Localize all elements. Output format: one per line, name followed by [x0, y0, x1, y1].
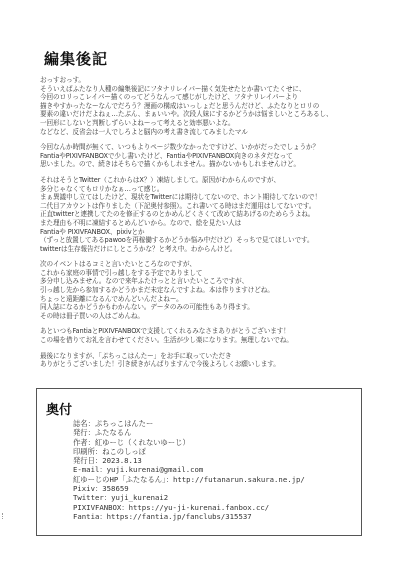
text-line: それはそうとTwitter（これからはX？）凍結しまして。原因がわからんのですが… [40, 176, 385, 185]
row-value: 2023.8.13 [102, 456, 142, 465]
fantia-link[interactable]: https://fantia.jp/fanclubs/315537 [107, 512, 252, 521]
row-value: ねこのしっぽ [102, 447, 146, 456]
text-line: 同人誌になるかどうかもわかんない。データのみの可能性もあり得ます。 [40, 303, 385, 312]
row-key: Pixiv [73, 484, 95, 493]
text-line: おっすおっす。 [40, 76, 385, 85]
text-line: まぁ異議申し立てはしたけど、現状をTwitterには期待してないので、ホント期待… [40, 193, 385, 202]
row-value: ぷちっこはんたー [95, 419, 153, 428]
text-line: その時は冊子買いの人はごめんね。 [40, 312, 385, 321]
afterword-paragraph: あといつもFantiaとPIXIVFANBOXで支援してくれるみなさまありがとう… [40, 327, 385, 344]
text-line: この場を借りてお礼を言わせてください。生活が少し楽になります。無理しないでね。 [40, 336, 385, 345]
homepage-link[interactable]: http://futanarun.sakura.ne.jp/ [173, 475, 305, 484]
row-separator: ： [88, 428, 95, 437]
colophon-row-title: 誌名：ぷちっこはんたー [73, 419, 305, 428]
colophon-box: 奥付 誌名：ぷちっこはんたー 発行：ふたなるん 作者：紅ゆーじ（くれないゆーじ）… [36, 388, 362, 536]
row-key: Twitter [73, 493, 104, 502]
text-line: ちょっと遠距離になるんでめんどいんだよねー。 [40, 295, 385, 304]
text-line: （ずっと放置してあるpawooを再稼働するかどうか悩み中だけど）そっちで見てほし… [40, 236, 385, 245]
text-line: また理由も不明に凍結するとめんどいから。なので、絵を見たい人は [40, 219, 385, 228]
row-value: ふたなるん [95, 428, 131, 437]
colophon-row-date: 発行日：2023.8.13 [73, 456, 305, 465]
row-value: 358659 [102, 484, 128, 493]
text-line: などなど、反省会は一人でしろよと脳内の考え書き流してみましたマル [40, 128, 385, 137]
text-line: 多分申し込みません。なので来年ふたけっとと言いたいところですが、 [40, 277, 385, 286]
row-key: PIXIVFANBOX [73, 503, 121, 512]
colophon-row-publisher: 発行：ふたなるん [73, 428, 305, 437]
colophon-row-printer: 印刷所：ねこのしっぽ [73, 447, 305, 456]
text-line: 今回のロリっこレイパー描くのってどうなんって感じがしたけど、フタナリレイパーより [40, 93, 385, 102]
text-line: 思いました。ので、続きはそちらで描くかもしれません。描かないかもしれませんけど。 [40, 160, 385, 169]
row-separator: ： [166, 475, 173, 484]
colophon-row-pixiv: Pixiv：358659 [73, 484, 305, 493]
text-line: 多分じゃなくてもロリかなぁ…って感じ。 [40, 185, 385, 194]
row-key: 紅ゆーじのHP「ふたなるん」 [73, 475, 166, 484]
text-line: あといつもFantiaとPIXIVFANBOXで支援してくれるみなさまありがとう… [40, 327, 385, 336]
row-separator: ： [88, 419, 95, 428]
text-line: 今回なんか時間が無くて、いつもよりページ数少なかったですけど、いかがだったでしょ… [40, 143, 385, 152]
colophon-row-author: 作者：紅ゆーじ（くれないゆーじ） [73, 438, 305, 447]
gutter-mark [2, 513, 6, 519]
row-key: 発行 [73, 428, 88, 437]
row-value: yuji_kurenai2 [111, 493, 168, 502]
row-key: 発行日 [73, 456, 95, 465]
text-line: 引っ越し先から参加するかどうかまだ未定なんですよね。本は作りますけどね。 [40, 286, 385, 295]
row-separator: ： [121, 503, 128, 512]
afterword-paragraph: それはそうとTwitter（これからはX？）凍結しまして。原因がわからんのですが… [40, 176, 385, 253]
afterword-paragraph: 最後になりますが、「ぷちっこはんたー」をお手に取っていただき ありがとうございま… [40, 352, 385, 369]
row-value: 紅ゆーじ（くれないゆーじ） [95, 438, 190, 447]
afterword-body: おっすおっす。 そういえばふたなり人種の編集後記にフタナリレイパー描く気先せたと… [40, 76, 385, 376]
afterword-paragraph: 次のイベントはるコミと言いたいところなのですが、 これから家庭の事情で引っ越しを… [40, 260, 385, 320]
colophon-row-twitter: Twitter：yuji_kurenai2 [73, 493, 305, 502]
row-key: Fantia [73, 512, 99, 521]
row-separator: ： [99, 512, 106, 521]
colophon-row-fanbox: PIXIVFANBOX：https://yu-ji-kurenai.fanbox… [73, 503, 305, 512]
text-line: 正直twitterと連携してたのを修正するのとかめんどくさくて改めて結あげるのた… [40, 210, 385, 219]
text-line: 要素の違いだけだよねぇ…たぶん、まぁいいや。次段人妹にするかどうかは悩ましいとこ… [40, 110, 385, 119]
colophon-title: 奥付 [46, 399, 72, 418]
text-line: 最後になりますが、「ぷちっこはんたー」をお手に取っていただき [40, 352, 385, 361]
colophon-row-email: E-mail：yuji.kurenai@gmail.com [73, 465, 305, 474]
text-line: 次のイベントはるコミと言いたいところなのですが、 [40, 260, 385, 269]
text-line: ありがとうございました！引き続きがんばりますんで今後よろしくお願いします。 [40, 360, 385, 369]
afterword-paragraph: 今回なんか時間が無くて、いつもよりページ数少なかったですけど、いかがだったでしょ… [40, 143, 385, 169]
fanbox-link[interactable]: https://yu-ji-kurenai.fanbox.cc/ [129, 503, 270, 512]
afterword-paragraph: おっすおっす。 そういえばふたなり人種の編集後記にフタナリレイパー描く気先せたと… [40, 76, 385, 136]
row-separator: ： [99, 465, 106, 474]
colophon-list: 誌名：ぷちっこはんたー 発行：ふたなるん 作者：紅ゆーじ（くれないゆーじ） 印刷… [73, 419, 305, 521]
text-line: 一回形にしないと判断しずらいよねーって考えると効率悪いよな。 [40, 119, 385, 128]
text-line: Fantiaや PIXIVFANBOX、pixivとか [40, 228, 385, 237]
afterword-title: 編集後記 [44, 48, 108, 69]
row-value[interactable]: yuji.kurenai@gmail.com [107, 465, 204, 474]
text-line: そういえばふたなり人種の編集後記にフタナリレイパー描く気先せたとか書いてたくせに… [40, 85, 385, 94]
row-key: 印刷所 [73, 447, 95, 456]
colophon-row-homepage: 紅ゆーじのHP「ふたなるん」：http://futanarun.sakura.n… [73, 475, 305, 484]
row-separator: ： [104, 493, 111, 502]
row-separator: ： [88, 438, 95, 447]
document-page: 編集後記 おっすおっす。 そういえばふたなり人種の編集後記にフタナリレイパー描く… [0, 0, 400, 565]
colophon-row-fantia: Fantia：https://fantia.jp/fanclubs/315537 [73, 512, 305, 521]
row-key: 作者 [73, 438, 88, 447]
row-key: 誌名 [73, 419, 88, 428]
text-line: twitterは生存報告だけにしとこうかな？と考え中。わからんけど。 [40, 245, 385, 254]
row-key: E-mail [73, 465, 99, 474]
